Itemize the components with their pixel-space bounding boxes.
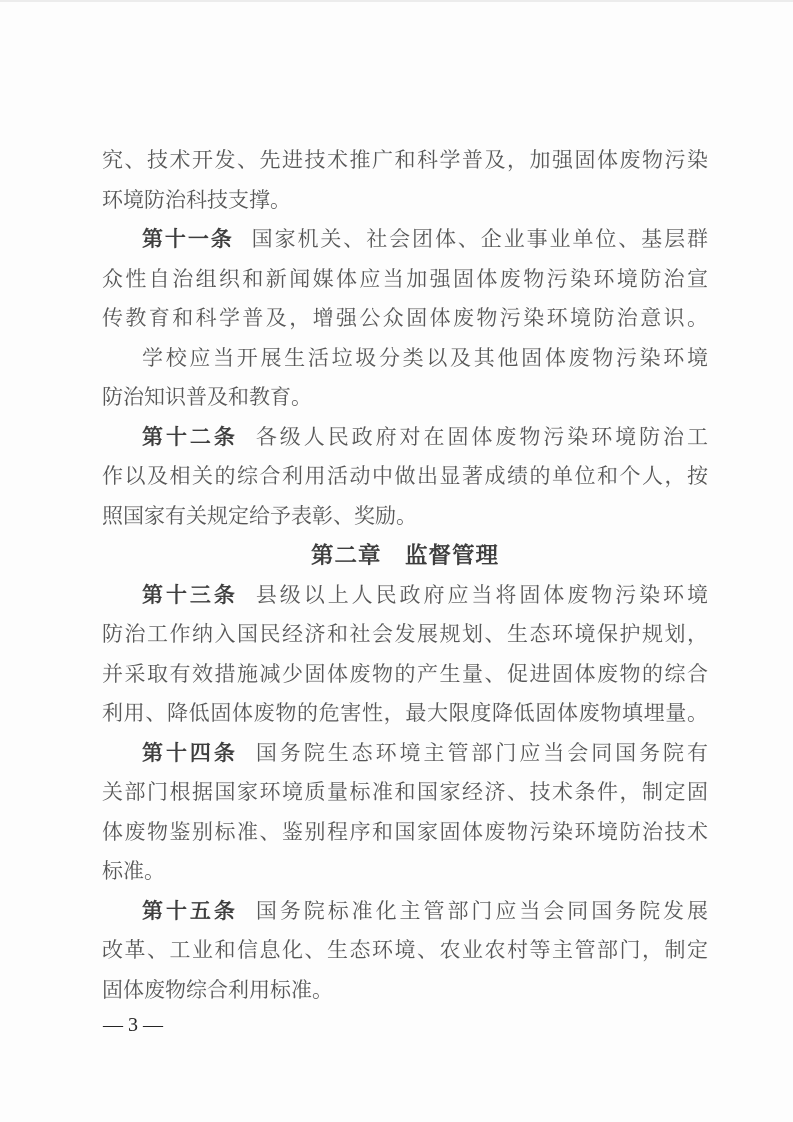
paragraph-first-line: 第十一条国家机关、社会团体、企业事业单位、基层群 bbox=[102, 220, 708, 260]
paragraph-first-line: 第十五条国务院标准化主管部门应当会同国务院发展 bbox=[102, 892, 708, 932]
text-line: 究、技术开发、先进技术推广和科学普及，加强固体废物污染 bbox=[102, 141, 708, 181]
article-number: 第十三条 bbox=[142, 584, 238, 607]
text-line: 标准。 bbox=[102, 852, 708, 892]
article-number: 第十四条 bbox=[142, 742, 238, 765]
article-number: 第十五条 bbox=[142, 900, 238, 923]
text-line: 利用、降低固体废物的危害性，最大限度降低固体废物填埋量。 bbox=[102, 694, 708, 734]
text-line: 体废物鉴别标准、鉴别程序和国家固体废物污染环境防治技术 bbox=[102, 813, 708, 853]
chapter-heading: 第二章 监督管理 bbox=[102, 536, 708, 576]
text-line: 众性自治组织和新闻媒体应当加强固体废物污染环境防治宣 bbox=[102, 260, 708, 300]
paragraph-first-line: 第十四条国务院生态环境主管部门应当会同国务院有 bbox=[102, 734, 708, 774]
text-line: 固体废物综合利用标准。 bbox=[102, 971, 708, 1011]
page-number: — 3 — bbox=[103, 1010, 163, 1040]
paragraph-first-line: 第十三条县级以上人民政府应当将固体废物污染环境 bbox=[102, 576, 708, 616]
scan-top-edge bbox=[0, 0, 793, 2]
text-line: 防治知识普及和教育。 bbox=[102, 378, 708, 418]
document-page: 究、技术开发、先进技术推广和科学普及，加强固体废物污染环境防治科技支撑。第十一条… bbox=[0, 0, 793, 1122]
text-line: 防治工作纳入国民经济和社会发展规划、生态环境保护规划， bbox=[102, 615, 708, 655]
text-line: 关部门根据国家环境质量标准和国家经济、技术条件，制定固 bbox=[102, 773, 708, 813]
article-number: 第十二条 bbox=[142, 426, 238, 449]
text-block: 究、技术开发、先进技术推广和科学普及，加强固体废物污染环境防治科技支撑。第十一条… bbox=[102, 141, 708, 1010]
article-number: 第十一条 bbox=[142, 228, 234, 251]
text-line: 环境防治科技支撑。 bbox=[102, 181, 708, 221]
text-line: 照国家有关规定给予表彰、奖励。 bbox=[102, 497, 708, 537]
text-line: 传教育和科学普及，增强公众固体废物污染环境防治意识。 bbox=[102, 299, 708, 339]
text-line: 改革、工业和信息化、生态环境、农业农村等主管部门，制定 bbox=[102, 931, 708, 971]
paragraph-first-line: 学校应当开展生活垃圾分类以及其他固体废物污染环境 bbox=[102, 339, 708, 379]
paragraph-first-line: 第十二条各级人民政府对在固体废物污染环境防治工 bbox=[102, 418, 708, 458]
text-line: 作以及相关的综合利用活动中做出显著成绩的单位和个人，按 bbox=[102, 457, 708, 497]
text-line: 并采取有效措施减少固体废物的产生量、促进固体废物的综合 bbox=[102, 655, 708, 695]
